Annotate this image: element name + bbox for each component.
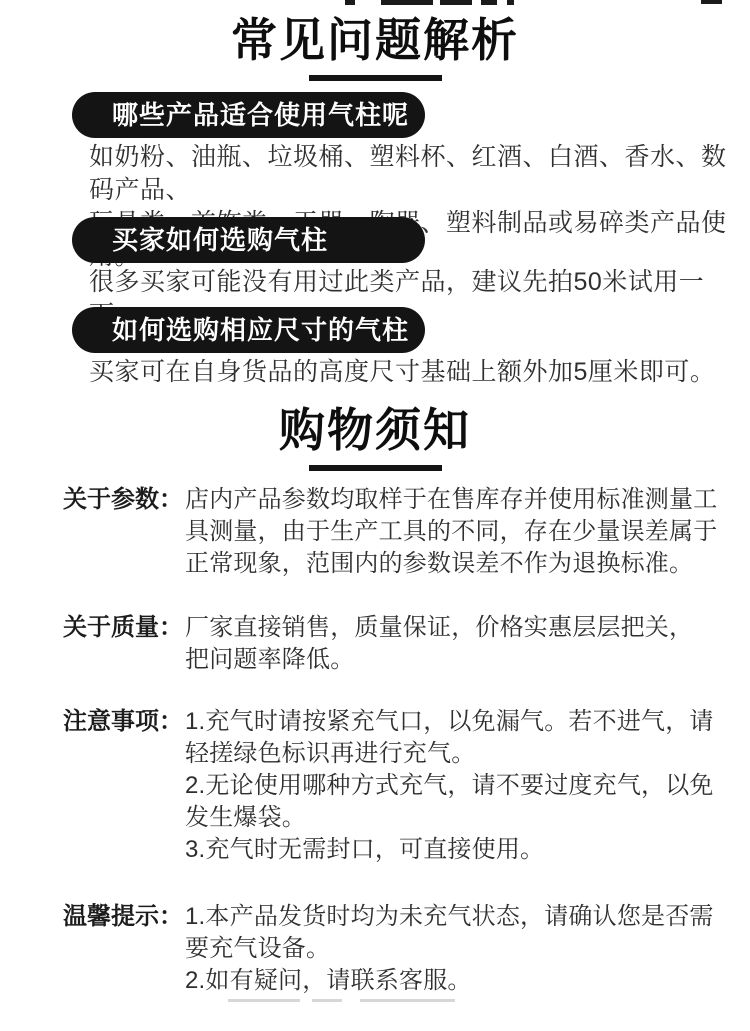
notice-item-content: 店内产品参数均取样于在售库存并使用标准测量工 具测量，由于生产工具的不同，存在少… [185,484,728,580]
notice-item-content: 厂家直接销售，质量保证，价格实惠层层把关， 把问题率降低。 [185,612,728,676]
notice-title-underline [309,465,442,471]
cut-off-text-fragment [507,0,514,5]
notice-item-quality: 关于质量： 厂家直接销售，质量保证，价格实惠层层把关， 把问题率降低。 [63,612,728,676]
cut-off-text-fragment [701,0,722,4]
faq-heading-3: 如何选购相应尺寸的气柱 [112,315,409,345]
notice-item-content: 1.本产品发货时均为未充气状态，请确认您是否需 要充气设备。 2.如有疑问，请联… [185,901,728,997]
notice-item-precautions: 注意事项： 1.充气时请按紧充气口，以免漏气。若不进气，请 轻搓绿色标识再进行充… [63,706,728,866]
faq-title: 常见问题解析 [0,15,750,65]
notice-item-content: 1.充气时请按紧充气口，以免漏气。若不进气，请 轻搓绿色标识再进行充气。 2.无… [185,706,728,866]
notice-item-label: 关于质量： [63,612,185,644]
cut-off-text-fragment [481,0,497,5]
faq-body-3: 买家可在自身货品的高度尺寸基础上额外加5厘米即可。 [89,356,732,389]
product-info-page: 常见问题解析 哪些产品适合使用气柱呢 如奶粉、油瓶、垃圾桶、塑料杯、红酒、白酒、… [0,0,750,1031]
notice-item-parameters: 关于参数： 店内产品参数均取样于在售库存并使用标准测量工 具测量，由于生产工具的… [63,484,728,580]
faq-heading-1: 哪些产品适合使用气柱呢 [112,100,409,130]
notice-item-label: 关于参数： [63,484,185,516]
notice-item-label: 注意事项： [63,706,185,738]
faq-heading-2: 买家如何选购气柱 [112,225,328,255]
faq-title-underline [309,75,442,81]
faq-heading-pill-1: 哪些产品适合使用气柱呢 [72,92,425,138]
cut-off-text-fragment [228,999,300,1002]
cut-off-text-fragment [440,0,472,5]
faq-heading-pill-2: 买家如何选购气柱 [72,217,425,263]
notice-item-tips: 温馨提示： 1.本产品发货时均为未充气状态，请确认您是否需 要充气设备。 2.如… [63,901,728,997]
notice-item-label: 温馨提示： [63,901,185,933]
cut-off-text-fragment [345,0,355,5]
cut-off-text-fragment [312,999,342,1002]
notice-title: 购物须知 [0,405,750,455]
cut-off-text-fragment [360,999,455,1002]
faq-heading-pill-3: 如何选购相应尺寸的气柱 [72,307,425,353]
cut-off-text-fragment [381,0,433,5]
